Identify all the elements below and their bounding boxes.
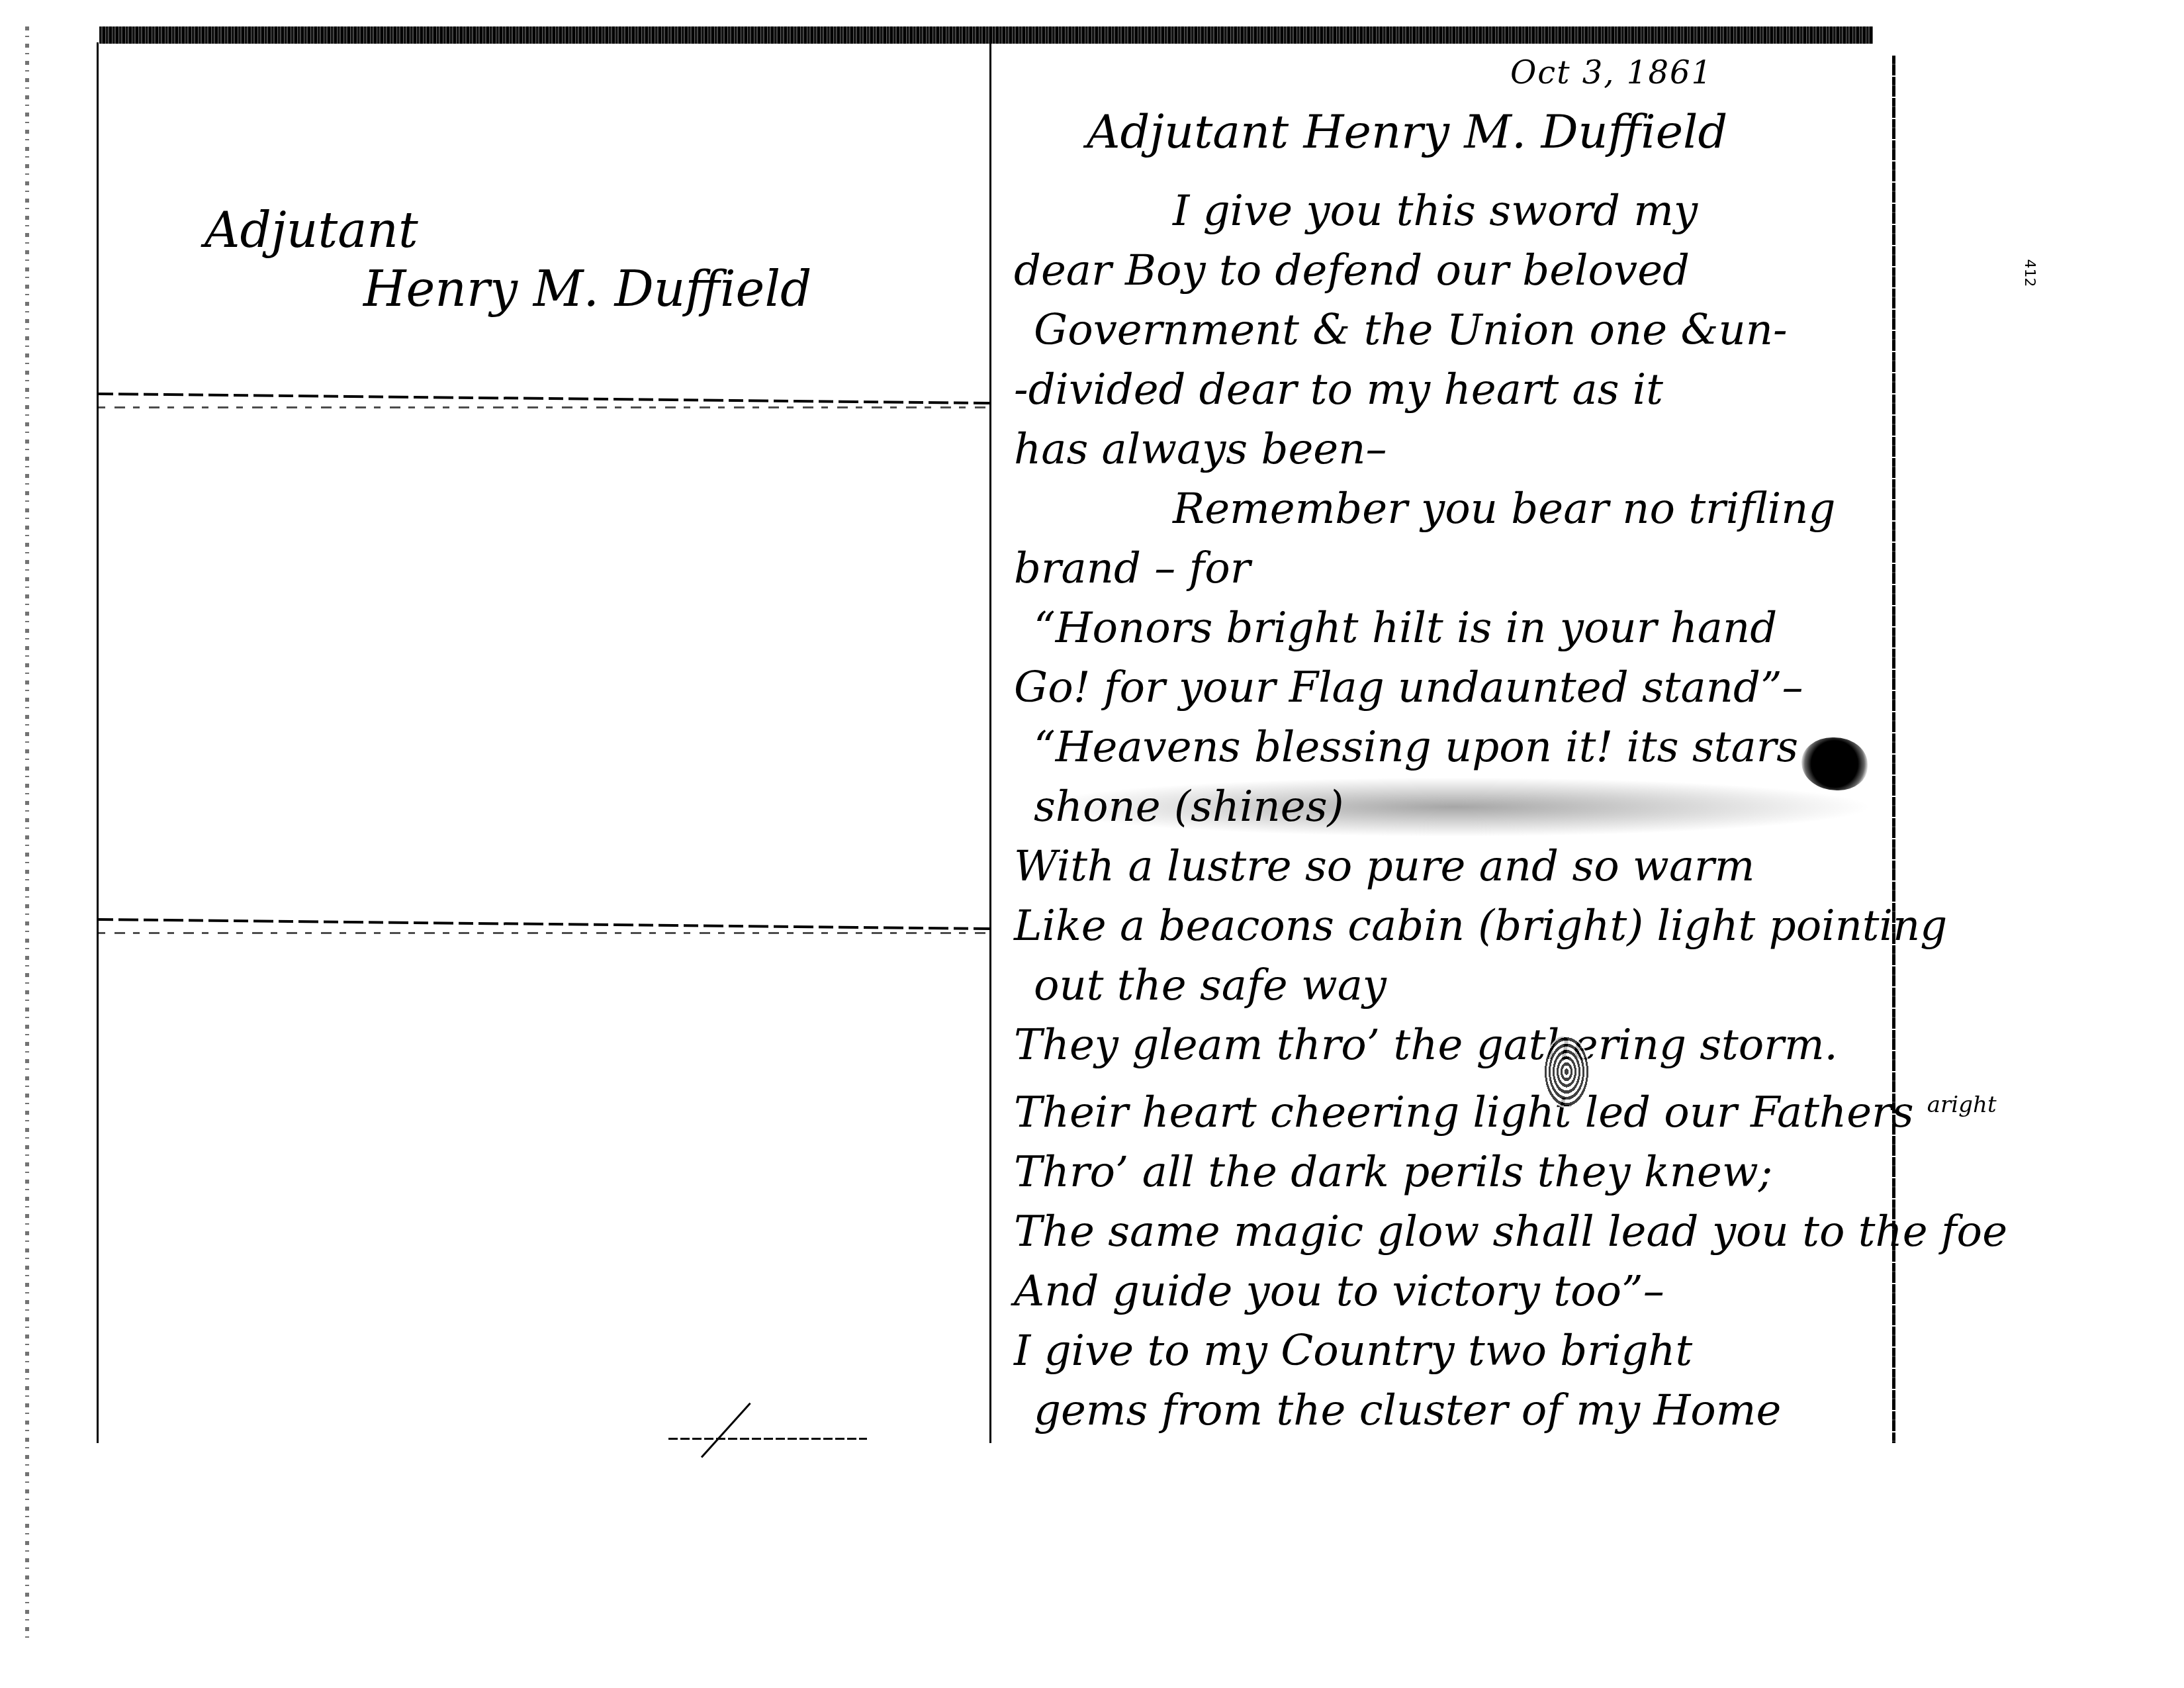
scan-top-band [99, 26, 1873, 44]
letter-line: Go! for your Flag undaunted stand”– [1014, 658, 1874, 718]
letter-line: dear Boy to defend our beloved [1014, 241, 1874, 301]
letter-line: I give you this sword my [1173, 181, 1874, 241]
margin-mark: 412 [2021, 259, 2038, 287]
letter-line: gems from the cluster of my Home [1034, 1381, 1874, 1440]
letter-line: “Honors bright hilt is in your hand [1034, 598, 1874, 658]
letter-line-text: Their heart cheering light led our Fathe… [1014, 1088, 1914, 1137]
envelope-address: Adjutant Henry M. Duffield [205, 201, 811, 319]
letter-line: I give to my Country two bright [1014, 1321, 1874, 1381]
fold-line-bottom [99, 914, 989, 940]
letter-line: Remember you bear no trifling [1173, 479, 1874, 539]
letter-line: With a lustre so pure and so warm [1014, 837, 1874, 896]
letter-line: out the safe way [1034, 956, 1874, 1015]
letter-line: has always been– [1014, 420, 1874, 479]
letter-line: “Heavens blessing upon it! its stars [1034, 718, 1874, 777]
letter-body: Adjutant Henry M. Duffield I give you th… [1014, 102, 1874, 1440]
letter-line: Like a beacons cabin (bright) light poin… [1014, 896, 1874, 956]
letter-line: brand – for [1014, 539, 1874, 598]
letter-line: They gleam thro’ the gathering storm. [1014, 1015, 1874, 1075]
address-rank: Adjutant [205, 201, 811, 260]
letter-line: And guide you to victory too”– [1014, 1262, 1874, 1321]
insertion-text: aright [1927, 1092, 1997, 1118]
letter-line-with-insertion: Their heart cheering light led our Fathe… [1014, 1075, 1874, 1143]
letter-line: Government & the Union one &un- [1034, 301, 1874, 360]
letter-line-smudged: shone (shines) [1034, 777, 1874, 837]
letter-line: -divided dear to my heart as it [1014, 360, 1874, 420]
letter-line: The same magic glow shall lead you to th… [1014, 1202, 1874, 1262]
date-annotation: Oct 3, 1861 [1510, 54, 1713, 91]
left-page-address-panel: Adjutant Henry M. Duffield [97, 42, 989, 1443]
fingerprint-smudge [1543, 1035, 1590, 1108]
scanner-edge [25, 26, 29, 1642]
fold-line-top [99, 388, 989, 414]
letter-salutation: Adjutant Henry M. Duffield [1087, 102, 1874, 162]
address-name: Henry M. Duffield [363, 260, 811, 319]
right-page-letter: Oct 3, 1861 Adjutant Henry M. Duffield I… [987, 42, 1895, 1443]
stray-pen-line [668, 1438, 867, 1440]
letter-line: Thro’ all the dark perils they knew; [1014, 1143, 1874, 1202]
